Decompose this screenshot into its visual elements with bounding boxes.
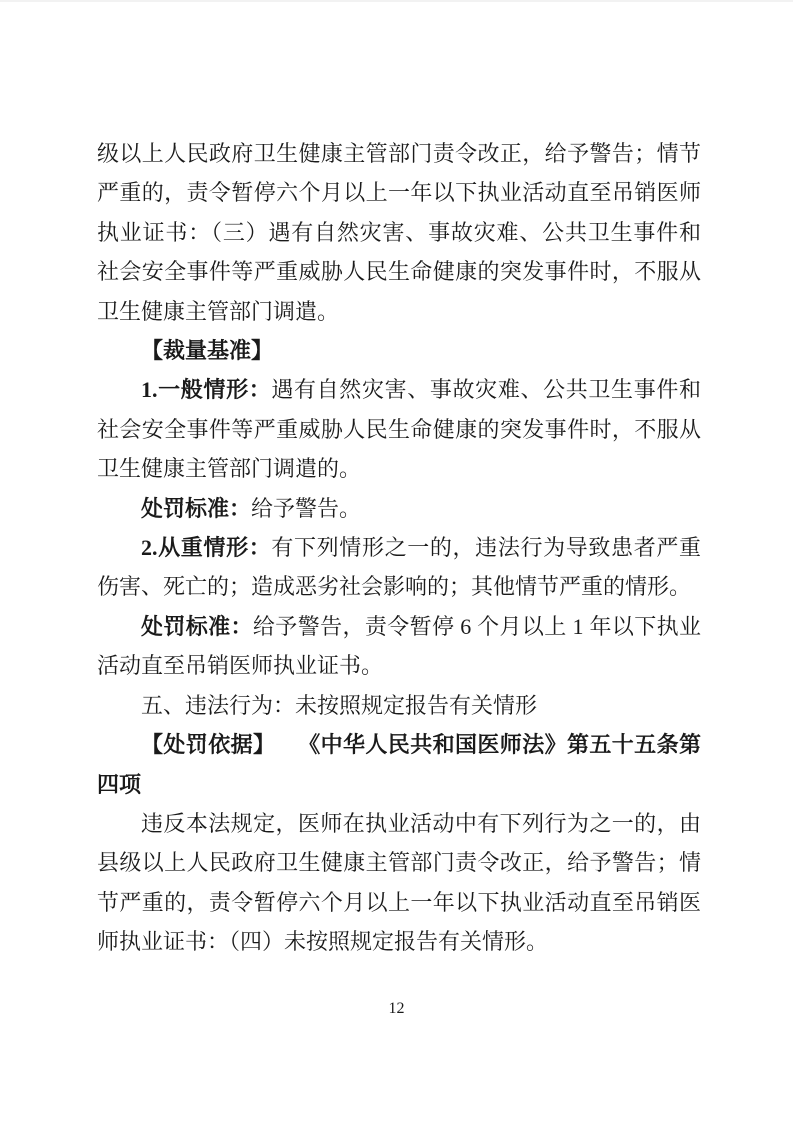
paragraph-law-provision: 违反本法规定，医师在执业活动中有下列行为之一的，由县级以上人民政府卫生健康主管部… <box>97 804 701 962</box>
penalty-standard-1-label: 处罚标准： <box>141 496 251 521</box>
page-number: 12 <box>0 999 793 1019</box>
paragraph-aggravated-case: 2.从重情形：有下列情形之一的，违法行为导致患者严重伤害、死亡的；造成恶劣社会影… <box>97 528 701 607</box>
aggravated-case-label: 2.从重情形： <box>141 535 271 560</box>
heading-discretion-basis: 【裁量基准】 <box>97 331 701 370</box>
heading-penalty-basis: 【处罚依据】 《中华人民共和国医师法》第五十五条第四项 <box>97 725 701 804</box>
paragraph-violation-item-5: 五、违法行为：未按照规定报告有关情形 <box>97 686 701 725</box>
paragraph-penalty-standard-2: 处罚标准：给予警告，责令暂停 6 个月以上 1 年以下执业活动直至吊销医师执业证… <box>97 607 701 686</box>
paragraph-continuation: 级以上人民政府卫生健康主管部门责令改正，给予警告；情节严重的，责令暂停六个月以上… <box>97 134 701 331</box>
general-case-label: 1.一般情形： <box>141 377 271 402</box>
document-body: 级以上人民政府卫生健康主管部门责令改正，给予警告；情节严重的，责令暂停六个月以上… <box>97 134 701 962</box>
document-page: 级以上人民政府卫生健康主管部门责令改正，给予警告；情节严重的，责令暂停六个月以上… <box>0 0 793 1122</box>
paragraph-general-case: 1.一般情形：遇有自然灾害、事故灾难、公共卫生事件和社会安全事件等严重威胁人民生… <box>97 370 701 488</box>
penalty-standard-1-text: 给予警告。 <box>251 496 361 521</box>
penalty-standard-2-label: 处罚标准： <box>141 614 253 639</box>
paragraph-penalty-standard-1: 处罚标准：给予警告。 <box>97 489 701 528</box>
